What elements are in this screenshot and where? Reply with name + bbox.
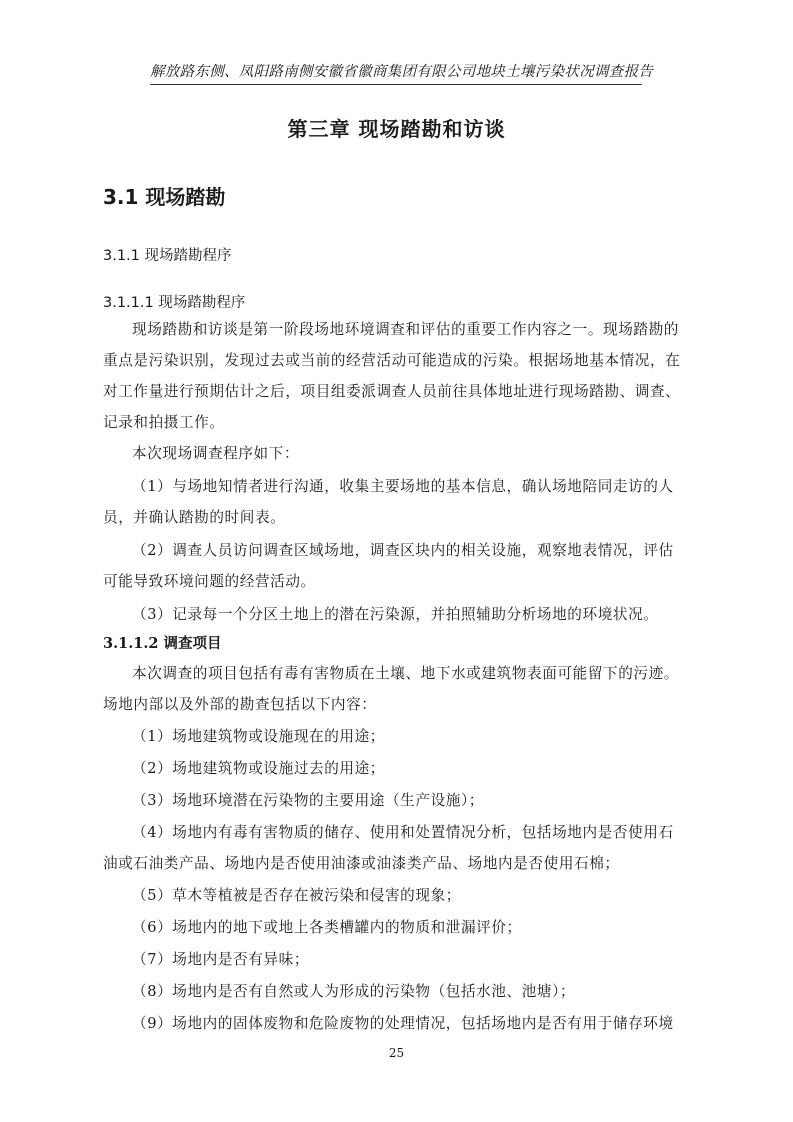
paragraph-line: 场地内部以及外部的勘查包括以下内容： [103,693,377,714]
chapter-title: 第三章 现场踏勘和访谈 [0,113,793,142]
survey-item-1: （1）场地建筑物或设施现在的用途； [132,725,385,746]
procedure-intro: 本次现场调查程序如下： [132,442,299,463]
survey-item-7: （7）场地内是否有异味； [132,948,309,969]
subsection-heading: 3.1.1 现场踏勘程序 [103,244,232,265]
paragraph-line: 记录和拍摄工作。 [103,411,225,432]
survey-item-2: （2）场地建筑物或设施过去的用途； [132,757,385,778]
procedure-step-2-cont: 可能导致环境问题的经营活动。 [103,570,316,591]
page-number: 25 [0,1046,793,1060]
procedure-step-2: （2）调查人员访问调查区域场地，调查区块内的相关设施，观察地表情况，评估 [132,539,674,560]
procedure-step-1: （1）与场地知情者进行沟通，收集主要场地的基本信息，确认场地陪同走访的人 [132,475,674,496]
survey-item-5: （5）草木等植被是否存在被污染和侵害的现象； [132,884,461,905]
document-page: 解放路东侧、凤阳路南侧安徽省徽商集团有限公司地块土壤污染状况调查报告 第三章 现… [0,0,793,1122]
paragraph-line: 现场踏勘和访谈是第一阶段场地环境调查和评估的重要工作内容之一。现场踏勘的 [132,318,679,339]
running-header: 解放路东侧、凤阳路南侧安徽省徽商集团有限公司地块土壤污染状况调查报告 [150,60,642,85]
paragraph-line: 对工作量进行预期估计之后，项目组委派调查人员前往具体地址进行现场踏勘、调查、 [103,380,680,401]
survey-item-4-cont: 油或石油类产品、场地内是否使用油漆或油漆类产品、场地内是否使用石棉； [103,852,620,873]
subsubsection-heading-2: 3.1.1.2 调查项目 [103,632,222,653]
paragraph-line: 本次调查的项目包括有毒有害物质在土壤、地下水或建筑物表面可能留下的污迹。 [132,662,679,683]
procedure-step-1-cont: 员，并确认踏勘的时间表。 [103,506,285,527]
section-heading: 3.1 现场踏勘 [103,181,225,210]
survey-item-6: （6）场地内的地下或地上各类槽罐内的物质和泄漏评价； [132,916,522,937]
survey-item-9: （9）场地内的固体废物和危险废物的处理情况，包括场地内是否有用于储存环境 [132,1012,674,1033]
procedure-step-3: （3）记录每一个分区土地上的潜在污染源，并拍照辅助分析场地的环境状况。 [132,603,658,624]
survey-item-3: （3）场地环境潜在污染物的主要用途（生产设施）； [132,789,484,810]
survey-item-4: （4）场地内有毒有害物质的储存、使用和处置情况分析，包括场地内是否使用石 [132,821,674,842]
survey-item-8: （8）场地内是否有自然或人为形成的污染物（包括水池、池塘）； [132,980,575,1001]
paragraph-line: 重点是污染识别，发现过去或当前的经营活动可能造成的污染。根据场地基本情况，在 [103,349,680,370]
subsubsection-heading-1: 3.1.1.1 现场踏勘程序 [103,291,245,312]
